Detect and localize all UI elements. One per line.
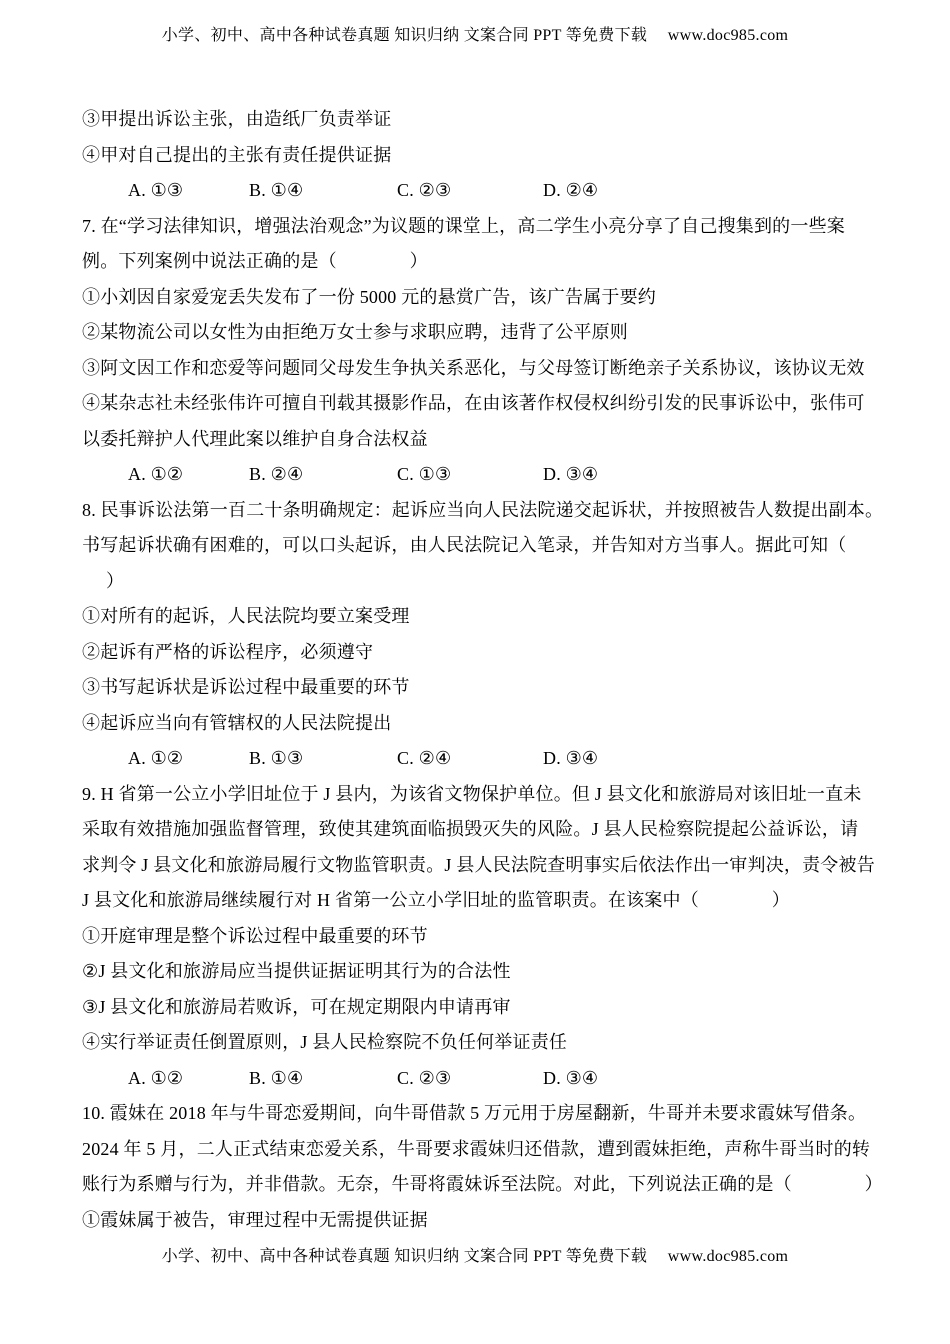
q8-options-c: C. ②④ [397,741,451,777]
q9-stem-line-1: 9. H 省第一公立小学旧址位于 J 县内，为该省文物保护单位。但 J 县文化和… [82,777,872,813]
q9-options-b: B. ①④ [249,1061,303,1097]
q7-options: A. ①②B. ②④C. ①③D. ③④ [82,457,872,493]
q8-options: A. ①②B. ①③C. ②④D. ③④ [82,741,872,777]
page-footer-text: 小学、初中、高中各种试卷真题 知识归纳 文案合同 PPT 等免费下载 www.d… [0,1246,950,1268]
q10-item-1: ①霞妹属于被告，审理过程中无需提供证据 [82,1203,872,1239]
q7-options-d: D. ③④ [543,457,598,493]
q8-options-a: A. ①② [128,741,183,777]
q7-item-4-line-1: ④某杂志社未经张伟许可擅自刊载其摄影作品，在由该著作权侵权纠纷引发的民事诉讼中，… [82,386,872,422]
q9-options-c: C. ②③ [397,1061,451,1097]
q10-stem-line-2: 2024 年 5 月，二人正式结束恋爱关系，牛哥要求霞妹归还借款，遭到霞妹拒绝，… [82,1132,872,1168]
q8-stem-line-1: 8. 民事诉讼法第一百二十条明确规定：起诉应当向人民法院递交起诉状，并按照被告人… [82,493,872,529]
q8-item-3: ③书写起诉状是诉讼过程中最重要的环节 [82,670,872,706]
q8-item-2: ②起诉有严格的诉讼程序，必须遵守 [82,635,872,671]
q8-item-4: ④起诉应当向有管辖权的人民法院提出 [82,706,872,742]
q6-options-c: C. ②③ [397,173,451,209]
q9-item-1: ①开庭审理是整个诉讼过程中最重要的环节 [82,919,872,955]
q9-options: A. ①②B. ①④C. ②③D. ③④ [82,1061,872,1097]
q9-item-4: ④实行举证责任倒置原则，J 县人民检察院不负任何举证责任 [82,1025,872,1061]
q6-options-a: A. ①③ [128,173,183,209]
q7-stem-line-2: 例。下列案例中说法正确的是（ ） [82,244,872,280]
q9-item-2: ②J 县文化和旅游局应当提供证据证明其行为的合法性 [82,954,872,990]
q8-options-b: B. ①③ [249,741,303,777]
q10-stem-line-1: 10. 霞妹在 2018 年与牛哥恋爱期间，向牛哥借款 5 万元用于房屋翻新，牛… [82,1096,872,1132]
q8-options-d: D. ③④ [543,741,598,777]
q7-stem-line-1: 7. 在“学习法律知识，增强法治观念”为议题的课堂上，高二学生小亮分享了自己搜集… [82,209,872,245]
q9-stem-line-2: 采取有效措施加强监督管理，致使其建筑面临损毁灭失的风险。J 县人民检察院提起公益… [82,812,872,848]
exam-paper-page: 小学、初中、高中各种试卷真题 知识归纳 文案合同 PPT 等免费下载 www.d… [0,0,950,1344]
document-content: ③甲提出诉讼主张，由造纸厂负责举证④甲对自己提出的主张有责任提供证据A. ①③B… [82,102,872,1238]
q6-item-4: ④甲对自己提出的主张有责任提供证据 [82,138,872,174]
q7-item-1: ①小刘因自家爱宠丢失发布了一份 5000 元的悬赏广告，该广告属于要约 [82,280,872,316]
q7-options-a: A. ①② [128,457,183,493]
q9-stem-line-3: 求判令 J 县文化和旅游局履行文物监管职责。J 县人民法院查明事实后依法作出一审… [82,848,872,884]
q7-item-4-line-2: 以委托辩护人代理此案以维护自身合法权益 [82,422,872,458]
q8-item-1: ①对所有的起诉，人民法院均要立案受理 [82,599,872,635]
q8-stem-line-2: 书写起诉状确有困难的，可以口头起诉，由人民法院记入笔录，并告知对方当事人。据此可… [82,528,872,564]
q7-options-c: C. ①③ [397,457,451,493]
q9-options-d: D. ③④ [543,1061,598,1097]
page-header-text: 小学、初中、高中各种试卷真题 知识归纳 文案合同 PPT 等免费下载 www.d… [0,25,950,47]
q6-options-d: D. ②④ [543,173,598,209]
q9-options-a: A. ①② [128,1061,183,1097]
q8-stem-line-3: ） [82,564,872,600]
q10-stem-line-3: 账行为系赠与行为，并非借款。无奈，牛哥将霞妹诉至法院。对此，下列说法正确的是（ … [82,1167,872,1203]
q7-item-3: ③阿文因工作和恋爱等问题同父母发生争执关系恶化，与父母签订断绝亲子关系协议，该协… [82,351,872,387]
q6-item-3: ③甲提出诉讼主张，由造纸厂负责举证 [82,102,872,138]
q7-item-2: ②某物流公司以女性为由拒绝万女士参与求职应聘，违背了公平原则 [82,315,872,351]
q9-item-3: ③J 县文化和旅游局若败诉，可在规定期限内申请再审 [82,990,872,1026]
q7-options-b: B. ②④ [249,457,303,493]
q6-options-b: B. ①④ [249,173,303,209]
q9-stem-line-4: J 县文化和旅游局继续履行对 H 省第一公立小学旧址的监管职责。在该案中（ ） [82,883,872,919]
q6-options: A. ①③B. ①④C. ②③D. ②④ [82,173,872,209]
